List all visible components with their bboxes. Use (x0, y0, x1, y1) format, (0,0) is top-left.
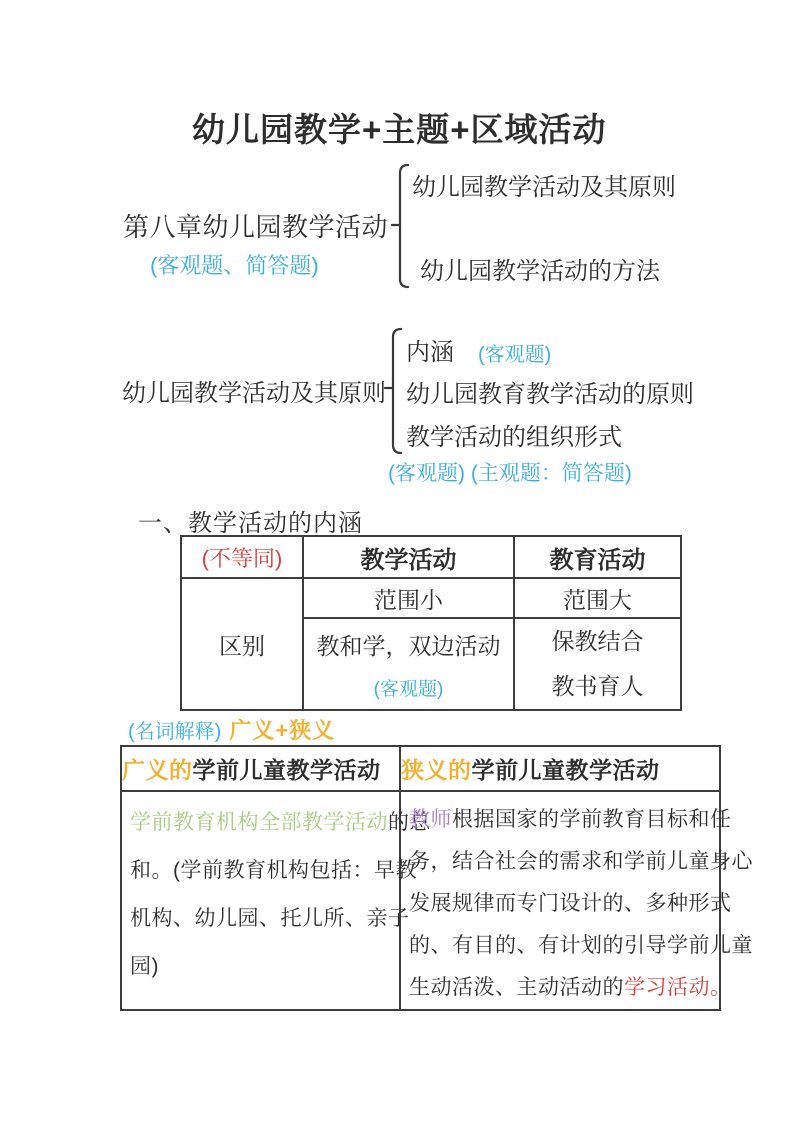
notes-page: 幼儿园教学+主题+区域活动 第八章幼儿园教学活动 (客观题、简答题) 幼儿园教学… (0, 0, 800, 1131)
cell-text: 学前教育机构全部教学活动的总和。(学前教育机构包括：早教机构、幼儿园、托儿所、亲… (122, 792, 399, 991)
chapter-exam-note: (客观题、简答题) (150, 249, 319, 280)
principle-branch-connotation: 内涵 (406, 332, 454, 367)
cell-exam-note: (客观题) (304, 674, 513, 701)
table-row: (不等同) 教学活动 教育活动 (181, 536, 681, 578)
column-header-teaching: 教学活动 (303, 536, 514, 578)
row-label-difference: 区别 (181, 578, 303, 710)
principle-exam-footnote: (客观题) (主观题：简答题) (388, 457, 632, 487)
chapter-label: 第八章幼儿园教学活动 (123, 207, 388, 244)
table-cell-bilateral: 教和学，双边活动 (客观题) (303, 618, 514, 710)
definition-table: 广义的学前儿童教学活动 狭义的学前儿童教学活动 学前教育机构全部教学活动的总和。… (120, 745, 721, 1011)
principle-branch-organization: 教学活动的组织形式 (406, 417, 622, 452)
chapter-branch-methods: 幼儿园教学活动的方法 (420, 251, 660, 286)
cell-text: 教书育人 (515, 664, 680, 709)
definition-note: (名词解释) (128, 715, 221, 744)
broad-definition-header: 广义的学前儿童教学活动 (121, 746, 400, 791)
column-header-education: 教育活动 (514, 536, 681, 578)
definition-intro: (名词解释) 广义+狭义 (128, 714, 335, 745)
principle-label: 幼儿园教学活动及其原则 (122, 373, 386, 408)
cell-text: 教和学，双边活动 (304, 628, 513, 661)
table-row: 区别 范围小 范围大 (181, 578, 681, 618)
corner-note: (不等同) (181, 536, 303, 578)
brace-connector-icon (390, 162, 414, 292)
comparison-table: (不等同) 教学活动 教育活动 区别 范围小 范围大 教和学，双边活动 (客观题… (180, 535, 682, 711)
broad-definition-cell: 学前教育机构全部教学活动的总和。(学前教育机构包括：早教机构、幼儿园、托儿所、亲… (121, 791, 400, 1010)
table-row: 广义的学前儿童教学活动 狭义的学前儿童教学活动 (121, 746, 720, 791)
table-cell-care-education: 保教结合 教书育人 (514, 618, 681, 710)
brace-connector-icon (383, 326, 407, 458)
narrow-definition-cell: 教师根据国家的学前教育目标和任务，结合社会的需求和学前儿童身心发展规律而专门设计… (400, 791, 720, 1010)
page-title: 幼儿园教学+主题+区域活动 (192, 104, 607, 151)
narrow-definition-header: 狭义的学前儿童教学活动 (400, 746, 720, 791)
principle-branch-principles: 幼儿园教育教学活动的原则 (406, 374, 694, 409)
definition-title: 广义+狭义 (229, 714, 335, 745)
table-cell-scope-small: 范围小 (303, 578, 514, 618)
chapter-branch-principles: 幼儿园教学活动及其原则 (412, 167, 676, 202)
table-cell-scope-large: 范围大 (514, 578, 681, 618)
cell-text: 保教结合 (515, 619, 680, 664)
section-heading: 一、教学活动的内涵 (138, 503, 363, 538)
cell-text: 教师根据国家的学前教育目标和任务，结合社会的需求和学前儿童身心发展规律而专门设计… (401, 792, 719, 1009)
connotation-exam-note: (客观题) (478, 338, 551, 367)
table-row: 学前教育机构全部教学活动的总和。(学前教育机构包括：早教机构、幼儿园、托儿所、亲… (121, 791, 720, 1010)
